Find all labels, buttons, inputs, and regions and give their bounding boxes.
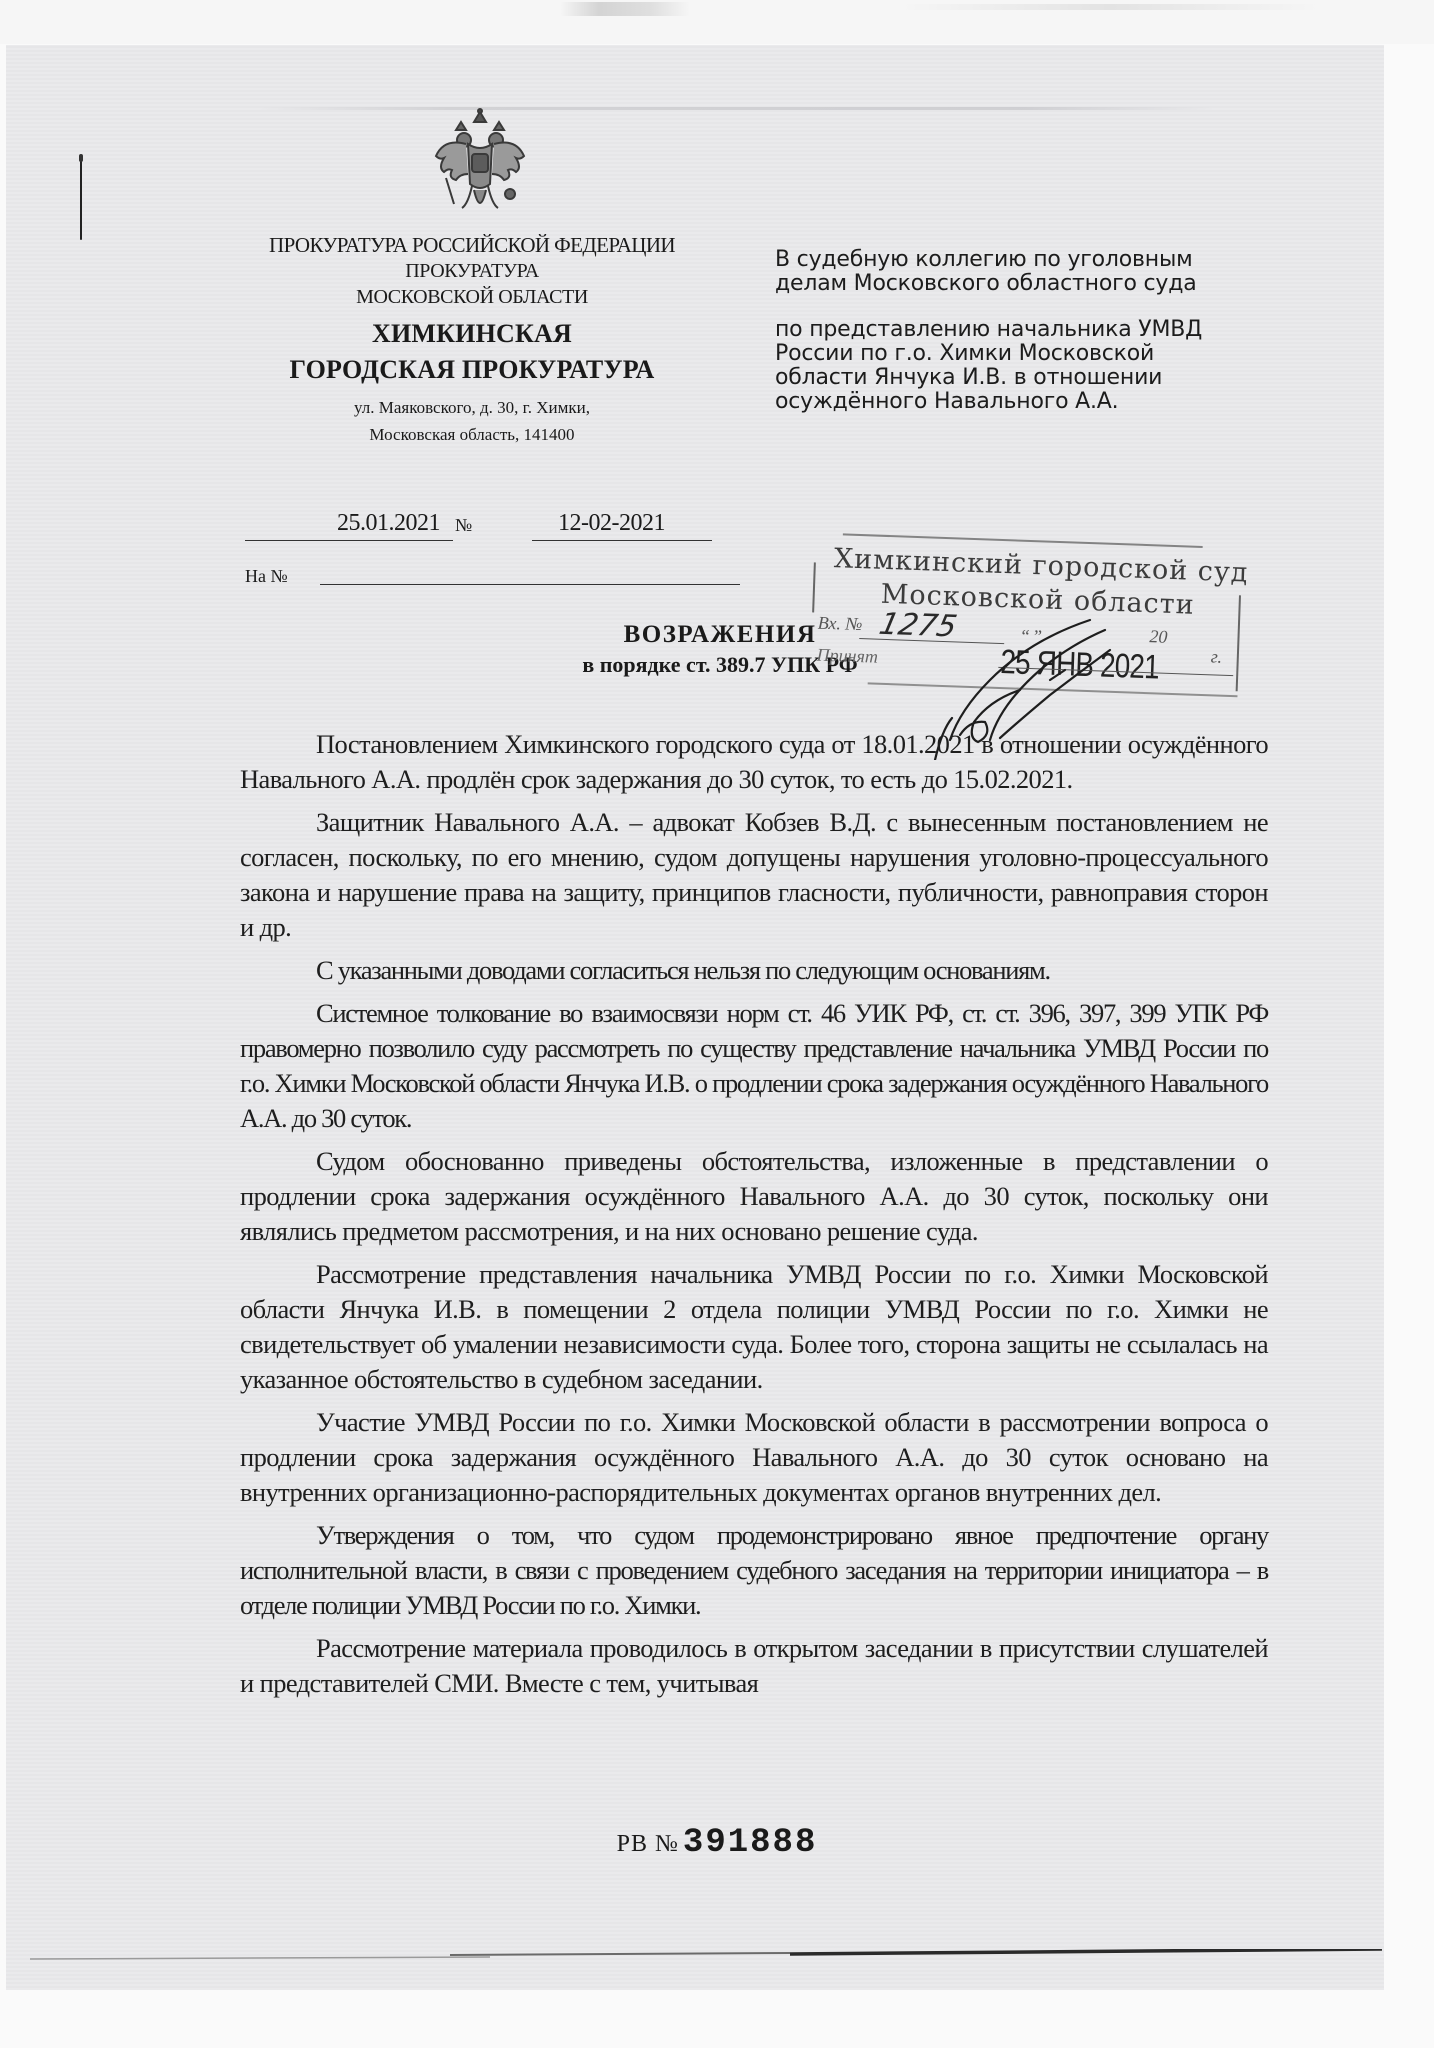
reply-to-field: На № (245, 566, 288, 587)
subject-line: области Янчука И.В. в отношении (775, 366, 1295, 390)
document-body: Постановлением Химкинского городского су… (240, 727, 1268, 1709)
serial-prefix: РВ № (617, 1831, 679, 1857)
sender-address: ул. Маяковского, д. 30, г. Химки, Москов… (232, 394, 712, 448)
outgoing-date-number: 25.01.2021 № 12-02-2021 (245, 510, 735, 544)
stamp-received-label: Принят (816, 645, 878, 668)
coat-of-arms-icon (428, 108, 532, 220)
form-serial-number: РВ № 391888 (0, 1824, 1434, 1862)
org-line: ПРОКУРАТУРА (232, 258, 712, 284)
number-sign: № (455, 515, 472, 536)
reply-to-blank-line (320, 584, 740, 585)
subject-line: осуждённого Навального А.А. (775, 390, 1295, 414)
outgoing-date: 25.01.2021 (337, 510, 440, 537)
stamp-incoming-label: Вх. № (817, 613, 862, 636)
subject-line: России по г.о. Химки Московской (775, 342, 1295, 366)
org-name-line: ХИМКИНСКАЯ (232, 316, 712, 352)
body-paragraph: Утверждения о том, что судом продемонстр… (240, 1518, 1268, 1623)
margin-pen-mark (80, 160, 82, 240)
scan-top-strip (0, 0, 1434, 44)
scan-artifact-line (256, 107, 1216, 110)
body-paragraph: С указанными доводами согласиться нельзя… (240, 953, 1268, 988)
body-paragraph: Системное толкование во взаимосвязи норм… (240, 996, 1268, 1136)
underline (532, 540, 712, 541)
stamp-border (812, 562, 816, 612)
scan-smudge (900, 4, 1320, 10)
reply-to-label: На № (245, 566, 288, 586)
body-paragraph: Рассмотрение материала проводилось в отк… (240, 1631, 1268, 1701)
sender-block: ПРОКУРАТУРА РОССИЙСКОЙ ФЕДЕРАЦИИ ПРОКУРА… (232, 232, 712, 448)
recipient-line: делам Московского областного суда (775, 272, 1295, 296)
subject: по представлению начальника УМВД России … (775, 318, 1295, 414)
body-paragraph: Рассмотрение представления начальника УМ… (240, 1257, 1268, 1397)
org-name-line: ГОРОДСКАЯ ПРОКУРАТУРА (232, 352, 712, 388)
org-name: ХИМКИНСКАЯ ГОРОДСКАЯ ПРОКУРАТУРА (232, 316, 712, 388)
address-line: ул. Маяковского, д. 30, г. Химки, (232, 394, 712, 421)
serial-number: 391888 (683, 1824, 817, 1862)
stamp-border (1236, 595, 1241, 691)
org-line: ПРОКУРАТУРА РОССИЙСКОЙ ФЕДЕРАЦИИ (232, 232, 712, 258)
recipient-line: В судебную коллегию по уголовным (775, 248, 1295, 272)
body-paragraph: Постановлением Химкинского городского су… (240, 727, 1268, 797)
subject-line: по представлению начальника УМВД (775, 318, 1295, 342)
body-paragraph: Участие УМВД России по г.о. Химки Москов… (240, 1405, 1268, 1510)
stamp-year-suffix: г. (1210, 646, 1222, 667)
org-line: МОСКОВСКОЙ ОБЛАСТИ (232, 284, 712, 310)
body-paragraph: Судом обоснованно приведены обстоятельст… (240, 1144, 1268, 1249)
address-line: Московская область, 141400 (232, 421, 712, 448)
addressee-block: В судебную коллегию по уголовным делам М… (775, 248, 1295, 436)
recipient: В судебную коллегию по уголовным делам М… (775, 248, 1295, 296)
stamp-year-prefix: 20 (1149, 626, 1168, 648)
outgoing-number: 12-02-2021 (558, 510, 665, 537)
scan-bottom-edge (30, 1948, 1382, 1958)
underline (245, 540, 453, 541)
body-paragraph: Защитник Навального А.А. – адвокат Кобзе… (240, 805, 1268, 945)
scan-smudge (560, 2, 690, 16)
